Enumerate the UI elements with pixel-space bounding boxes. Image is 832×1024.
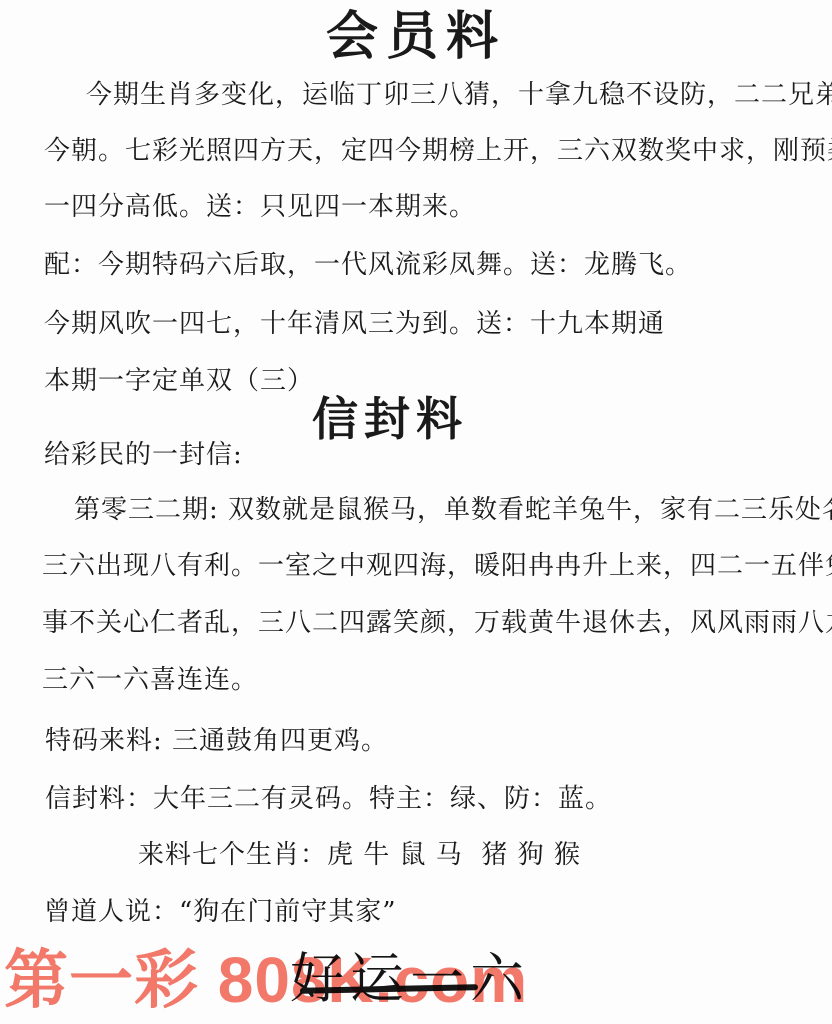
member-section-title: 会员料	[0, 8, 832, 65]
master-quote-line: 曾道人说：“狗在门前守其家”	[44, 897, 397, 928]
document-page: 会员料 今期生肖多变化，运临丁卯三八猜，十拿九稳不设防，二二兄弟到 今朝。七彩光…	[0, 0, 832, 1024]
member-paragraph-line-1: 今期生肖多变化，运临丁卯三八猜，十拿九稳不设防，二二兄弟到	[86, 80, 832, 111]
letter-line-2: 三六出现八有利。一室之中观四海，暖阳冉冉升上来，四二一五伴兔龙，	[42, 551, 832, 582]
member-paragraph-line-3: 一四分高低。送：只见四一本期来。	[44, 192, 476, 223]
special-code-line: 特码来料: 三通鼓角四更鸡。	[45, 726, 388, 757]
zodiac-list-line: 来料七个生肖：虎 牛 鼠 马 猪 狗 猴	[138, 840, 581, 871]
letter-line-1: 第零三二期: 双数就是鼠猴马，单数看蛇羊兔牛，家有二三乐处名，	[74, 495, 832, 526]
member-pei-line: 配：今期特码六后取，一代风流彩凤舞。送：龙腾飞。	[44, 250, 692, 281]
letter-line-3: 事不关心仁者乱，三八二四露笑颜，万载黄牛退休去，风风雨雨八九年，	[42, 608, 832, 639]
letter-intro-line: 给彩民的一封信:	[44, 440, 243, 471]
envelope-section-title: 信封料	[0, 394, 806, 445]
envelope-code-line: 信封料：大年三二有灵码。特主：绿、防：蓝。	[45, 784, 612, 815]
member-paragraph-line-2: 今朝。七彩光照四方天，定四今期榜上开，三六双数奖中求，刚预柔	[44, 136, 832, 167]
site-watermark: 第一彩 808K.com	[4, 945, 528, 1015]
member-odd-even-line: 本期一字定单双（三）	[44, 366, 314, 397]
letter-line-4: 三六一六喜连连。	[42, 665, 258, 696]
member-wind-line: 今期风吹一四七，十年清风三为到。送：十九本期通	[44, 309, 665, 340]
